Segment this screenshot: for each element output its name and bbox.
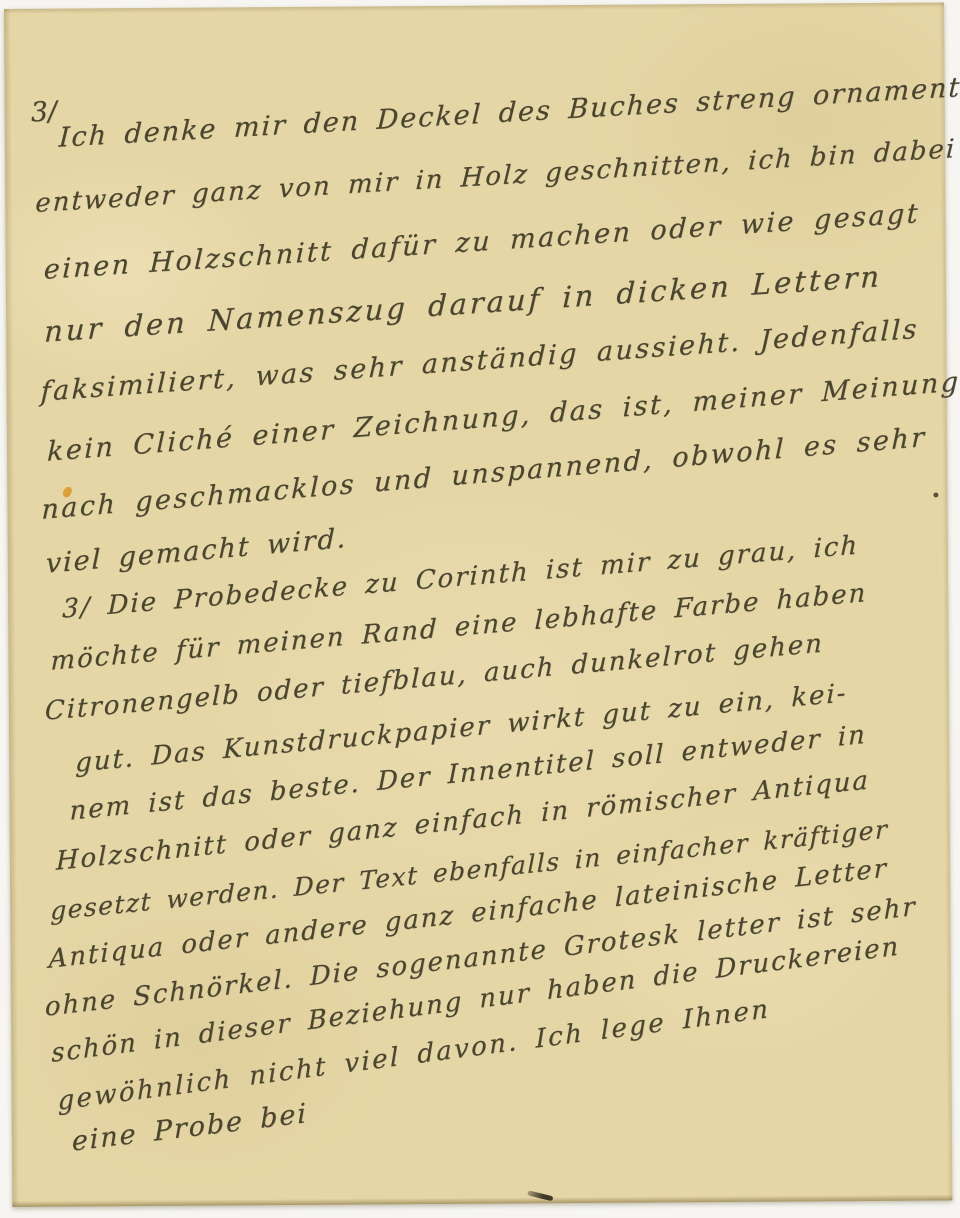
ink-dot bbox=[933, 492, 938, 497]
manuscript-line: viel gemacht wird. bbox=[46, 523, 348, 580]
page-number: 3/ bbox=[30, 96, 58, 129]
manuscript-paper: 3/ Ich denke mir den Deckel des Buches s… bbox=[4, 2, 952, 1207]
ink-dash bbox=[527, 1190, 553, 1201]
manuscript-text: Ich denke mir den Deckel des Buches stre… bbox=[4, 2, 944, 9]
